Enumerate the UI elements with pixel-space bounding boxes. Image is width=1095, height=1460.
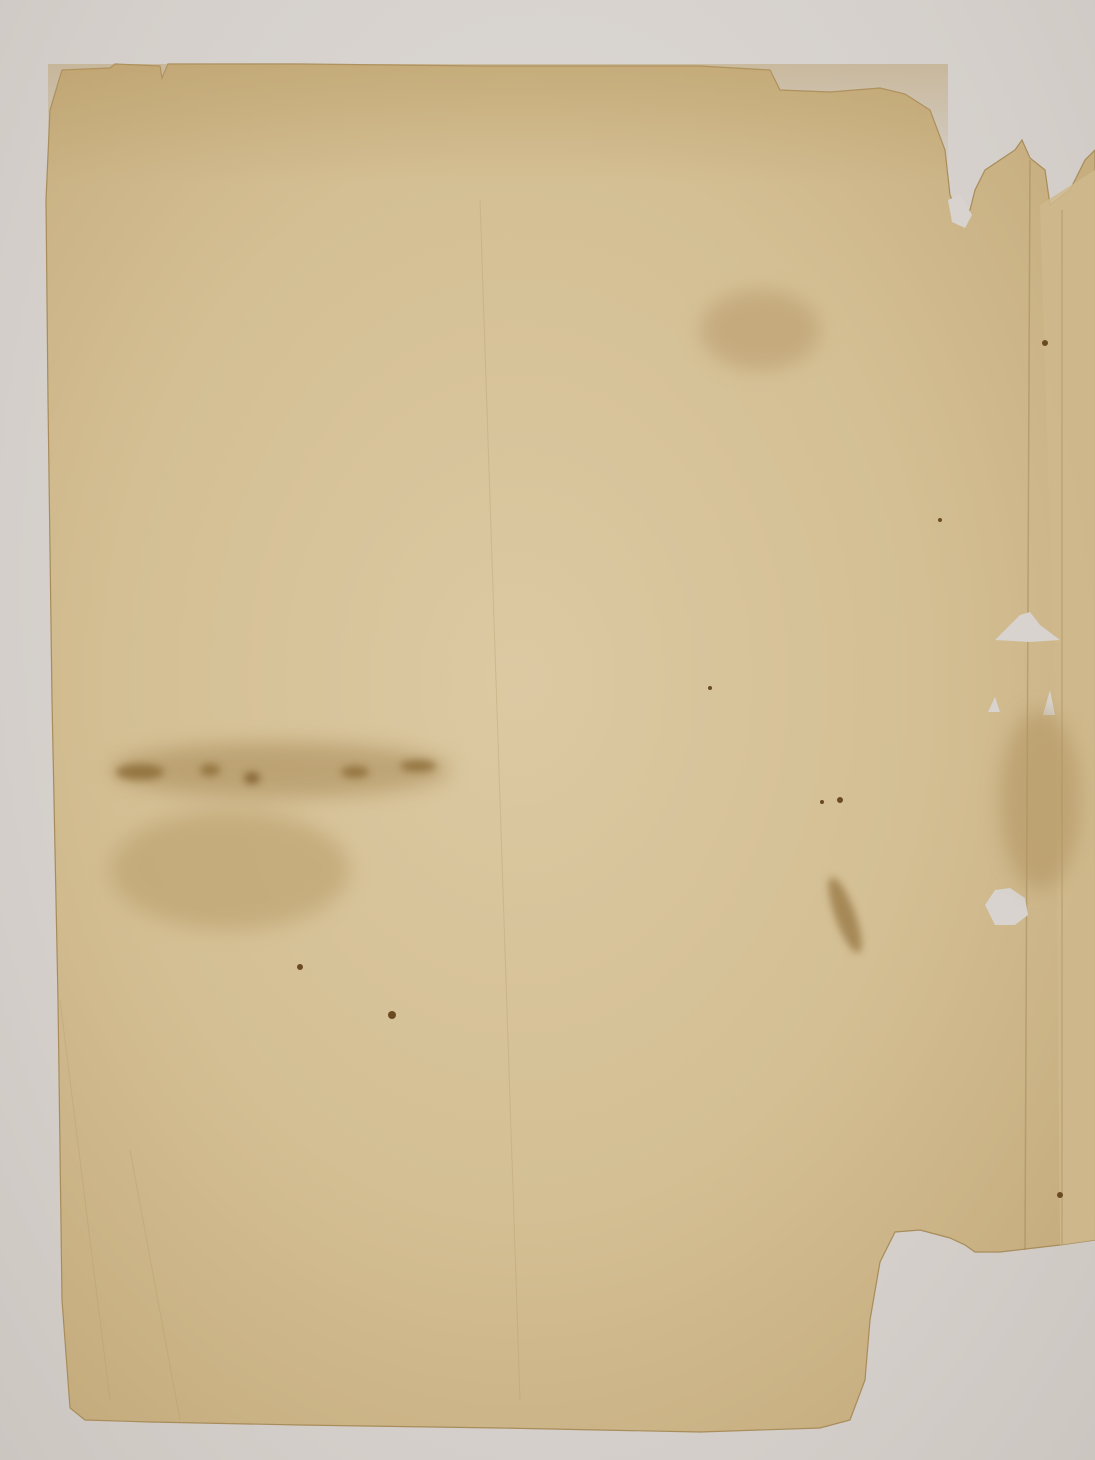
paper-shape <box>0 0 1095 1460</box>
illegible-mark: ​ <box>300 222 338 252</box>
paper-sheet: ​ <box>0 0 1095 1460</box>
